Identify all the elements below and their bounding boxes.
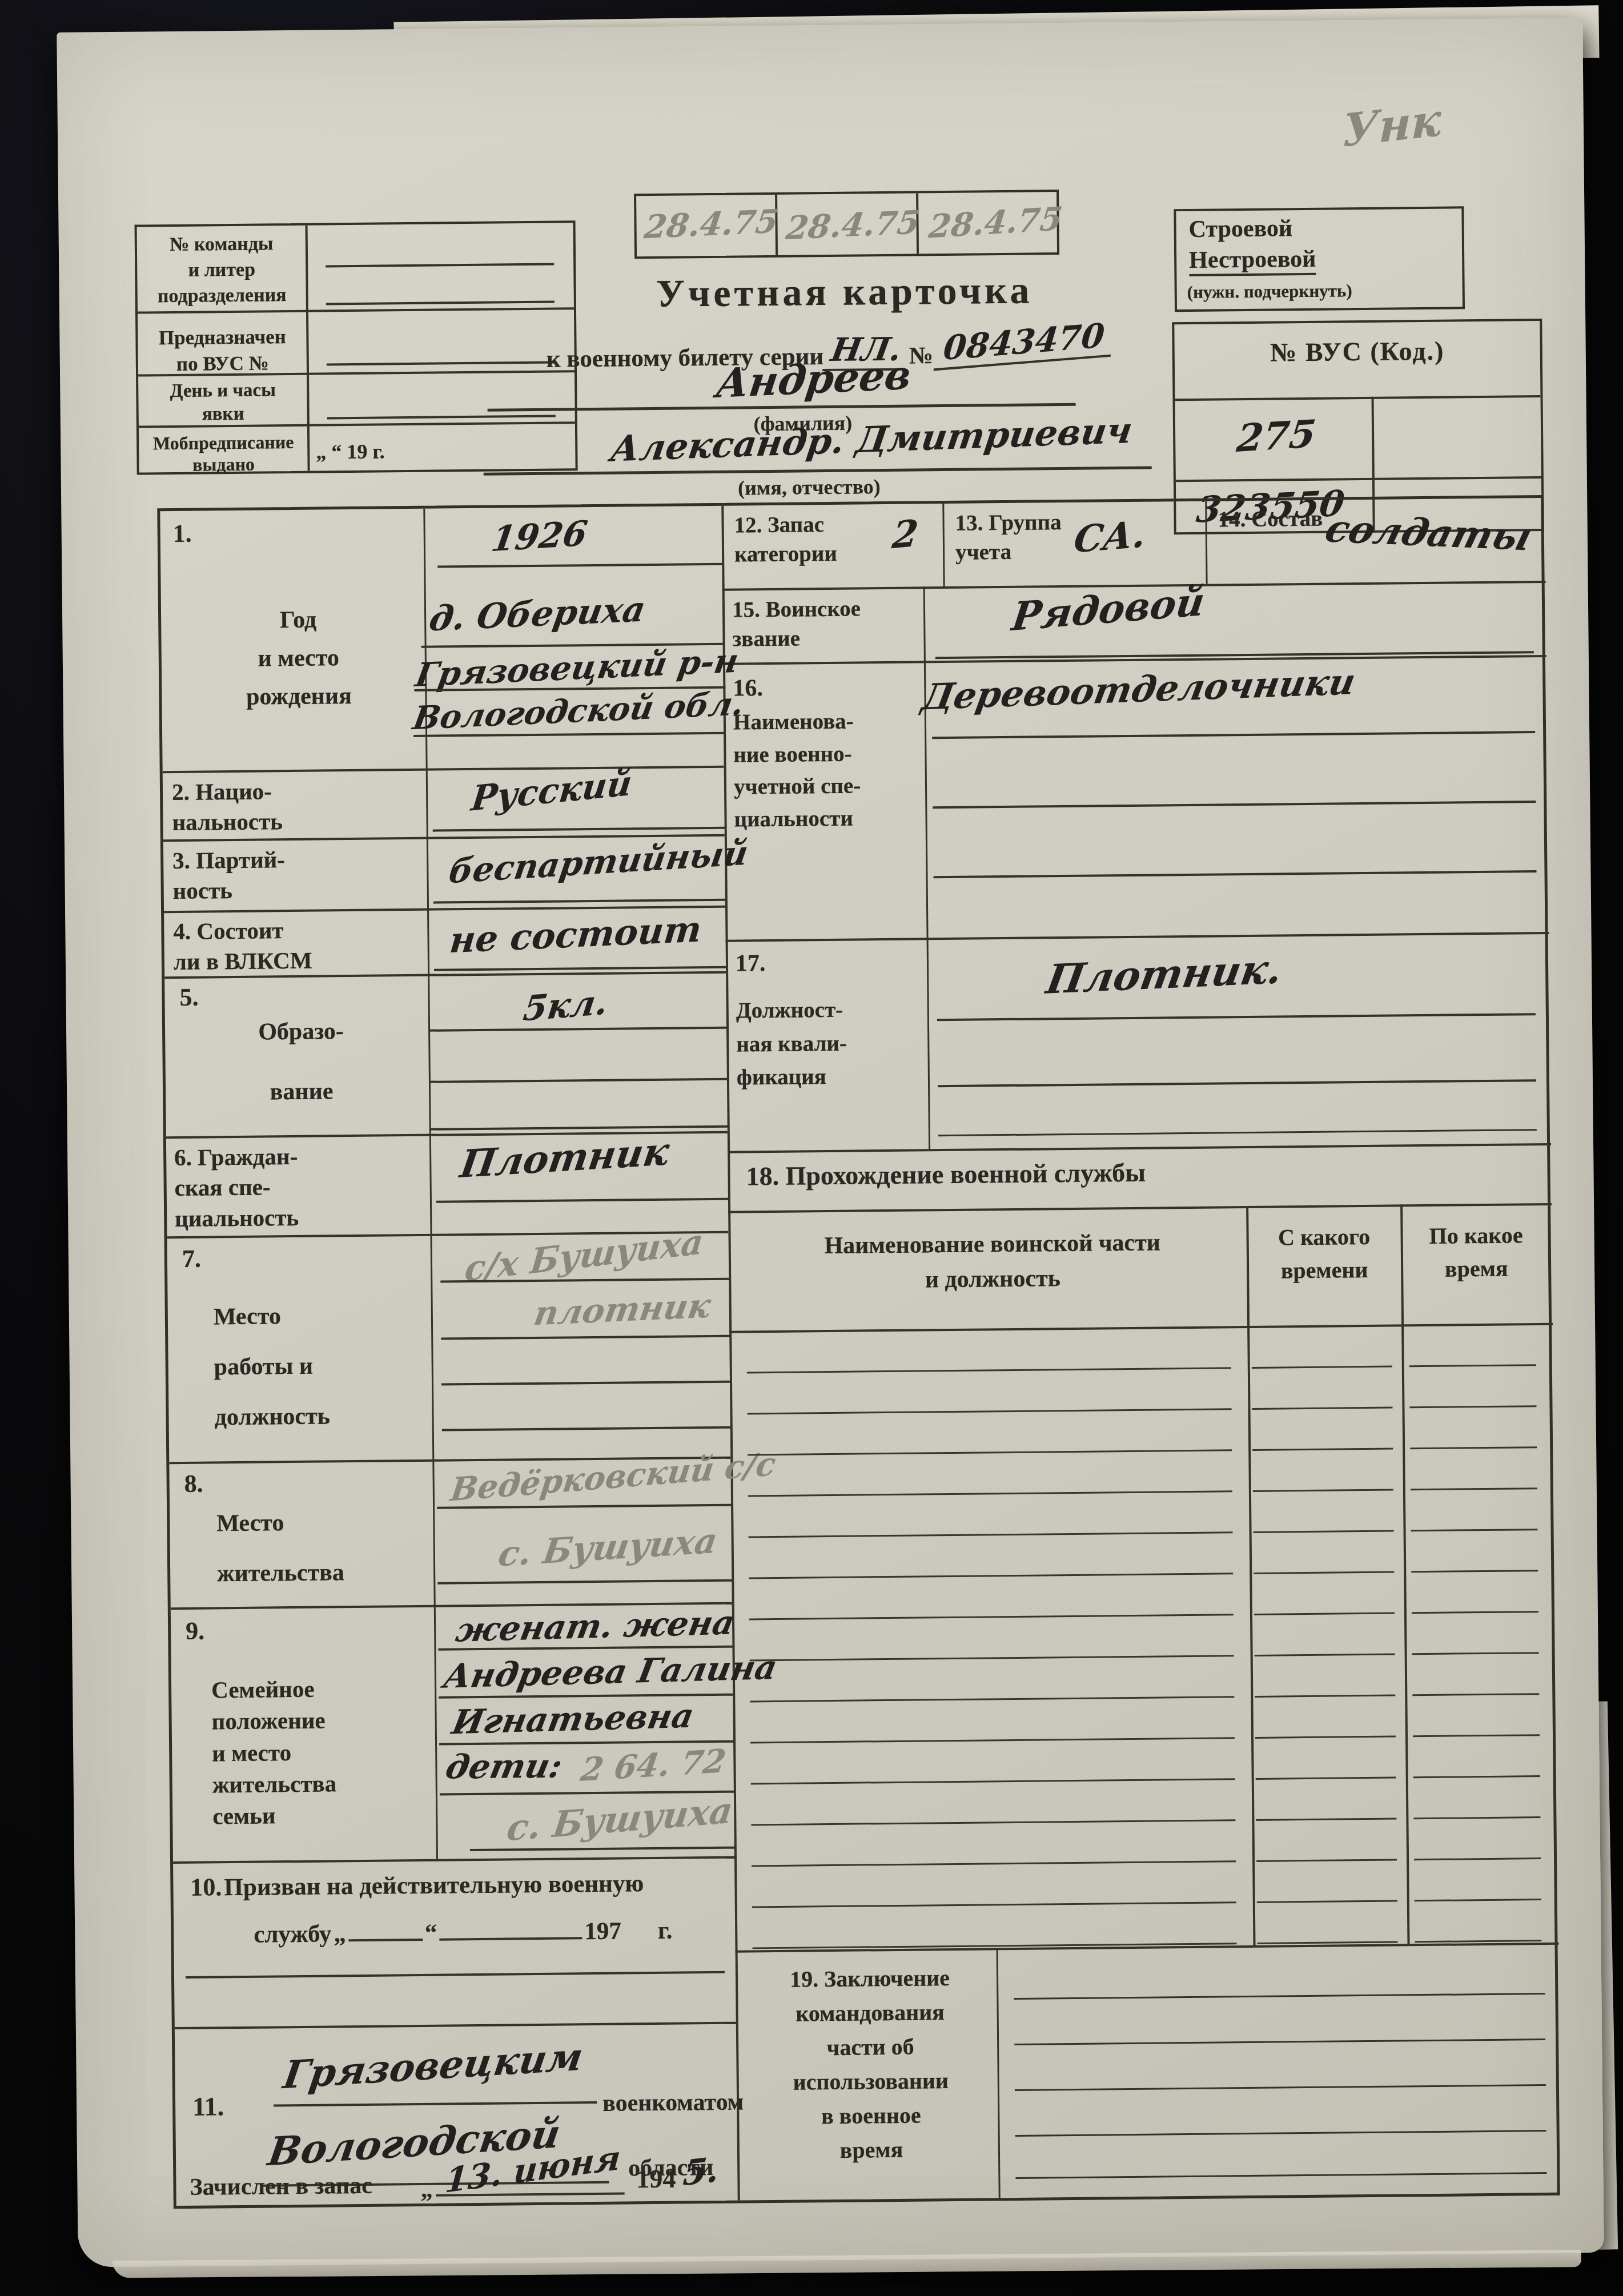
close-quote: “: [425, 1920, 437, 1947]
service-history-row: [730, 1446, 1554, 1454]
field7-position-handwritten: плотник: [531, 1286, 713, 1333]
blank-line: [433, 899, 726, 904]
service-history-row: [735, 1899, 1558, 1907]
page-title: Учетная карточка: [550, 267, 1139, 317]
field10-text2: службу: [254, 1920, 332, 1948]
field7-label: Место работы и должность: [214, 1302, 392, 1430]
row-border: [729, 1323, 1553, 1333]
field18-col1-header: Наименование воинской части и должность: [749, 1225, 1235, 1299]
divider: [1176, 476, 1541, 482]
field10-year-suffix: г.: [658, 1917, 673, 1944]
field16-label: Наименова- ние военно- учетной спе- циал…: [733, 705, 923, 835]
field12-value-handwritten: 2: [890, 512, 921, 557]
photo-of-registration-card: Унк № команды и литер подразделения Пред…: [0, 0, 1623, 2296]
field8-number: 8.: [184, 1469, 203, 1498]
field10-row2: службу „ “ 197 г.: [254, 1916, 733, 1949]
field4-value-handwritten: не состоит: [448, 908, 703, 961]
field9-children-value: 2 64. 72: [579, 1742, 729, 1789]
blank-line: [433, 827, 725, 832]
blank-line: [1014, 1993, 1545, 2000]
field2-value-handwritten: Русский: [469, 763, 634, 819]
blank-line: [326, 301, 555, 305]
field9-family-line3: Игнатьевна: [449, 1696, 697, 1742]
label-team-number: № команды и литер подразделения: [140, 231, 303, 309]
divider: [1175, 395, 1541, 401]
line-service-box: Строевой Нестроевой (нужн. подчеркнуть): [1174, 206, 1465, 312]
divider-12-13: [942, 504, 945, 586]
service-history-row: [733, 1652, 1556, 1660]
svc-col-divider-1: [1246, 1206, 1255, 1945]
field9-family-village: с. Бушуиха: [504, 1789, 735, 1849]
blank-line: [934, 870, 1537, 878]
service-history-row: [732, 1570, 1555, 1578]
serial-cell: 28.4.75: [784, 203, 922, 247]
field5-value-handwritten: 5кл.: [521, 982, 610, 1030]
service-history-row: [733, 1693, 1556, 1701]
service-history-row: [734, 1775, 1557, 1783]
field18-col2-header: С какого времени: [1249, 1220, 1399, 1288]
field9-family-line2: Андреева Галина: [441, 1648, 781, 1696]
serial-cell: 28.4.75: [642, 202, 780, 246]
field18-col3-header: По какое время: [1404, 1219, 1548, 1286]
blank-segment: [348, 1939, 423, 1941]
service-history-row: [734, 1816, 1557, 1824]
field11-enlist-quote: „: [420, 2176, 432, 2203]
svc-col-divider-2: [1400, 1204, 1409, 1944]
underline-note: (нужн. подчеркнуть): [1187, 280, 1352, 303]
field9-label: Семейное положение и место жительства се…: [211, 1672, 401, 1832]
blank-line: [938, 1129, 1537, 1136]
mobilization-header-box: № команды и литер подразделения Предназн…: [135, 220, 578, 475]
field11-number: 11.: [192, 2091, 224, 2122]
blank-line: [442, 1426, 731, 1432]
field1-year-handwritten: 1926: [489, 513, 590, 560]
blank-line: [937, 1013, 1536, 1021]
field15-label: 15. Воинское звание: [732, 594, 915, 654]
blank-line: [429, 1078, 728, 1083]
field17-value-handwritten: Плотник.: [1043, 945, 1285, 1003]
blank-line: [933, 801, 1536, 809]
field1-label: Год и место рождения: [212, 600, 385, 717]
field10-text: Призван на действительную военную: [224, 1870, 644, 1901]
label-day-hours: День и часы явки: [140, 379, 306, 427]
blank-line: [441, 1335, 730, 1340]
blank-line: [938, 1079, 1536, 1087]
service-history-row: [732, 1529, 1555, 1537]
field10-year-prefix: 197: [584, 1918, 621, 1945]
field9-number: 9.: [186, 1617, 204, 1646]
label-divider-19: [997, 1948, 1001, 2198]
mob-order-date-template: „ “ 19 г.: [316, 437, 567, 464]
field11-year-handwritten: 5.: [681, 2149, 721, 2194]
blank-line: [430, 1125, 728, 1131]
name-caption: (имя, отчество): [684, 474, 935, 500]
field9-family-line1: женат. жена: [453, 1603, 738, 1650]
row-border: [728, 1143, 1551, 1153]
field16-number: 16.: [733, 674, 763, 702]
blank-line: [326, 263, 554, 268]
blank-line: [429, 1027, 727, 1032]
blank-line: [437, 1579, 732, 1585]
field11-year-printed: 194: [636, 2164, 676, 2194]
row-border: [726, 932, 1549, 942]
blank-line: [932, 731, 1535, 739]
service-history-row: [730, 1364, 1553, 1372]
field3-value-handwritten: беспартийный: [447, 833, 751, 891]
pencil-corner-mark: Унк: [1342, 94, 1441, 158]
blank-line: [1015, 2172, 1546, 2179]
field6-value-handwritten: Плотник: [457, 1129, 672, 1187]
service-history-row: [732, 1611, 1556, 1619]
field10-row1: 10. Призван на действительную военную: [190, 1868, 727, 1902]
blank-line: [437, 563, 723, 568]
field10-number: 10.: [190, 1873, 222, 1901]
field18-title: 18. Прохождение военной службы: [746, 1153, 1545, 1191]
service-history-row: [730, 1405, 1554, 1413]
row-border: [728, 1203, 1552, 1213]
field1-number: 1.: [172, 519, 191, 548]
blank-line: [1014, 2038, 1545, 2045]
registration-card-paper: Унк № команды и литер подразделения Пред…: [57, 18, 1604, 2267]
field17-number: 17.: [736, 950, 766, 978]
label-mob-order: Мобпредписание выдано: [140, 431, 307, 477]
open-quote: „: [334, 1920, 346, 1947]
field15-value-handwritten: Рядовой: [1009, 578, 1207, 640]
blank-segment: [439, 1937, 582, 1940]
field11-commissariat-handwritten: Грязовецким: [280, 2034, 586, 2097]
serial-number-strip: 28.4.75 28.4.75 28.4.75: [634, 190, 1059, 259]
service-history-row: [731, 1487, 1554, 1495]
field5-label: Образо- вание: [215, 1016, 387, 1107]
row-border: [173, 1856, 734, 1864]
field5-number: 5.: [179, 983, 198, 1012]
field1-place-line3: Вологодской обл.: [410, 685, 746, 737]
field13-value-handwritten: СА.: [1071, 513, 1148, 562]
field11-enlist-label: Зачислен в запас: [190, 2172, 372, 2201]
row-border: [175, 2022, 736, 2029]
field14-value-handwritten: солдаты: [1321, 506, 1537, 560]
blank-line: [327, 415, 556, 420]
blank-line: [1015, 2084, 1546, 2091]
field6-label: 6. Граждан- ская спе- циальность: [174, 1140, 427, 1234]
field4-label: 4. Состоит ли в ВЛКСМ: [173, 914, 425, 978]
vus-number-handwritten: 275: [1235, 411, 1318, 461]
label-assigned-vus: Предназначен по ВУС №: [140, 324, 305, 377]
option-nestroevoi-underlined: Нестроевой: [1189, 246, 1316, 276]
main-form-table: 1. Год и место рождения 1926 д. Обериха …: [157, 495, 1560, 2209]
blank-line: [434, 966, 726, 971]
option-stroevoi: Строевой: [1188, 215, 1292, 243]
field8-label: Место жительства: [216, 1509, 394, 1586]
serial-cell: 28.4.75: [927, 200, 1064, 246]
blank-line: [186, 1971, 725, 1979]
service-history-row: [734, 1857, 1558, 1865]
field7-number: 7.: [182, 1244, 201, 1273]
field8-residence-line1: Ведёрковский с/с: [448, 1445, 778, 1509]
field19-label: 19. Заключение командования части об исп…: [745, 1960, 996, 2168]
field9-children-label: дети:: [443, 1746, 566, 1786]
blank-line: [274, 2101, 597, 2106]
row-border: [163, 766, 724, 773]
blank-line: [1015, 2130, 1546, 2137]
field2-label: 2. Нацио- нальность: [172, 775, 418, 838]
blank-line: [436, 1198, 729, 1203]
service-history-row: [733, 1734, 1557, 1742]
field11-commissariat-label: военкоматом: [602, 2089, 744, 2117]
field3-label: 3. Партий- ность: [172, 843, 419, 907]
divider-13-14: [1205, 501, 1207, 584]
field16-value-handwritten: Деревоотделочники: [919, 661, 1359, 718]
vus-box-title: № ВУС (Код.): [1175, 335, 1540, 368]
field9-children-row: дети: 2 64. 72: [446, 1745, 726, 1787]
field8-residence-line2: с. Бушуиха: [496, 1521, 720, 1575]
blank-line: [441, 1381, 730, 1386]
field17-label: Должност- ная квали- фикация: [736, 992, 926, 1095]
blank-line: [327, 361, 555, 366]
field1-place-line1: д. Обериха: [426, 589, 648, 639]
